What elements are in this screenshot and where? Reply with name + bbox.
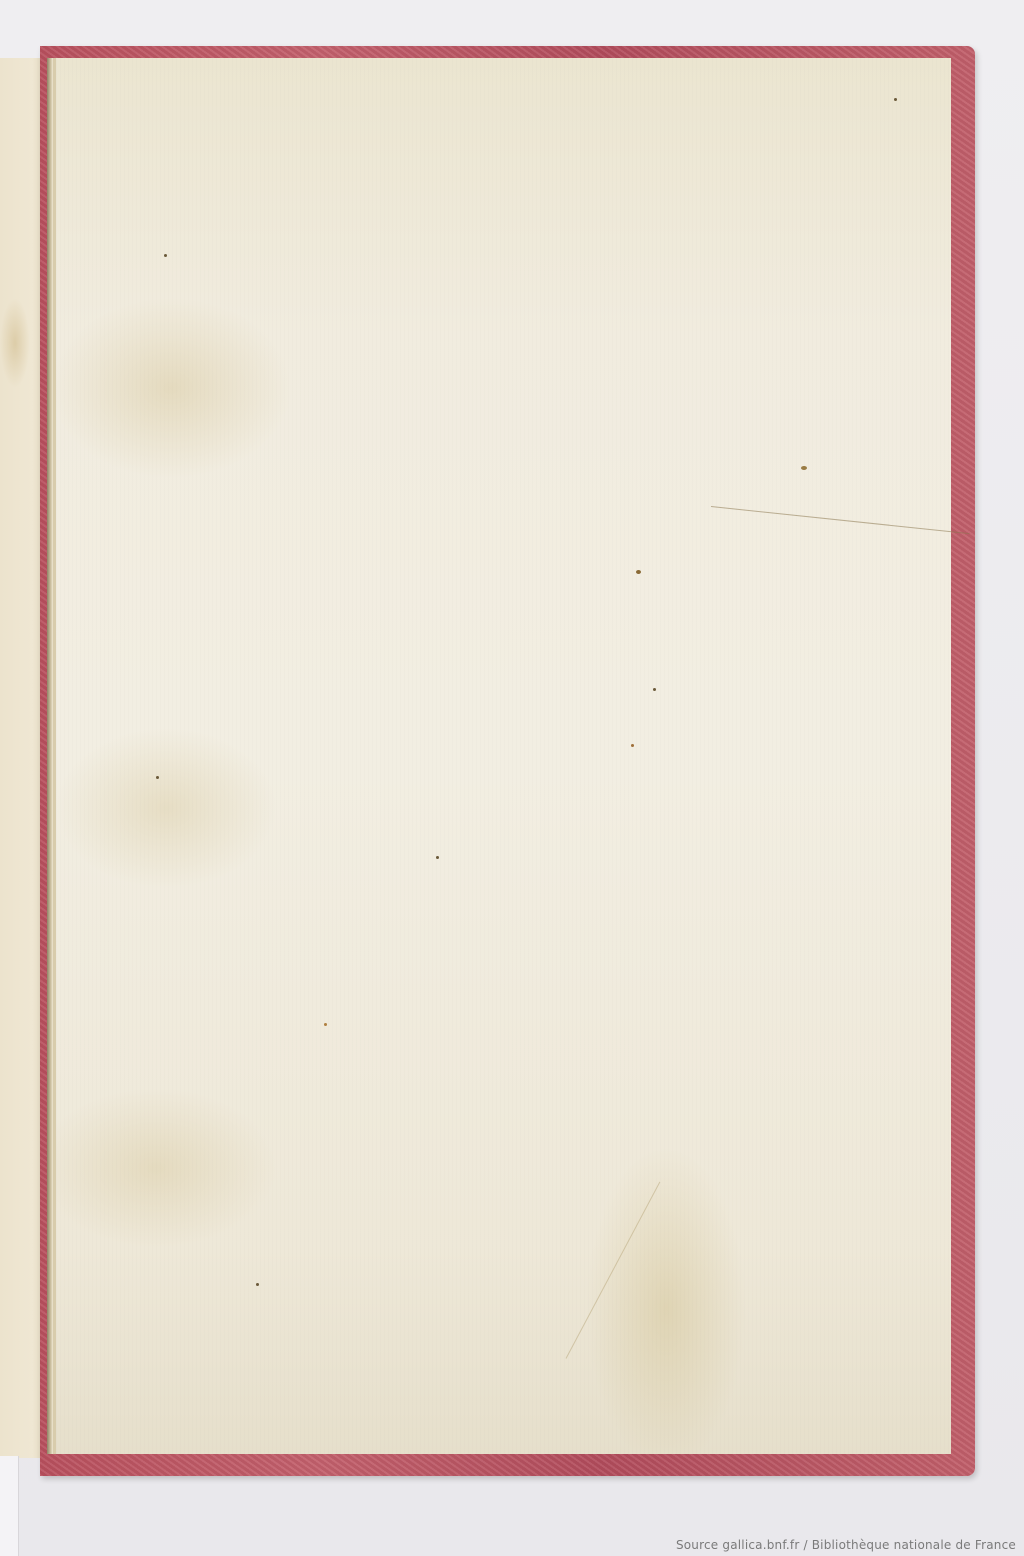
foxing-spot xyxy=(653,688,656,691)
foxing-spot xyxy=(164,254,167,257)
foxing-spot xyxy=(631,744,634,747)
spine-gutter xyxy=(47,58,53,1454)
paper-crease xyxy=(566,1182,661,1359)
left-page-edge xyxy=(0,1456,19,1556)
foxing-spot xyxy=(636,570,641,574)
paper-crease xyxy=(711,506,970,534)
foxing-spot xyxy=(156,776,159,779)
foxing-spot xyxy=(436,856,439,859)
stain xyxy=(0,298,30,388)
foxing-spot xyxy=(894,98,897,101)
endpaper-page xyxy=(53,58,951,1454)
foxing-spot xyxy=(324,1023,327,1026)
source-attribution: Source gallica.bnf.fr / Bibliothèque nat… xyxy=(676,1538,1016,1552)
foxing-spot xyxy=(801,466,807,470)
foxing-spot xyxy=(256,1283,259,1286)
